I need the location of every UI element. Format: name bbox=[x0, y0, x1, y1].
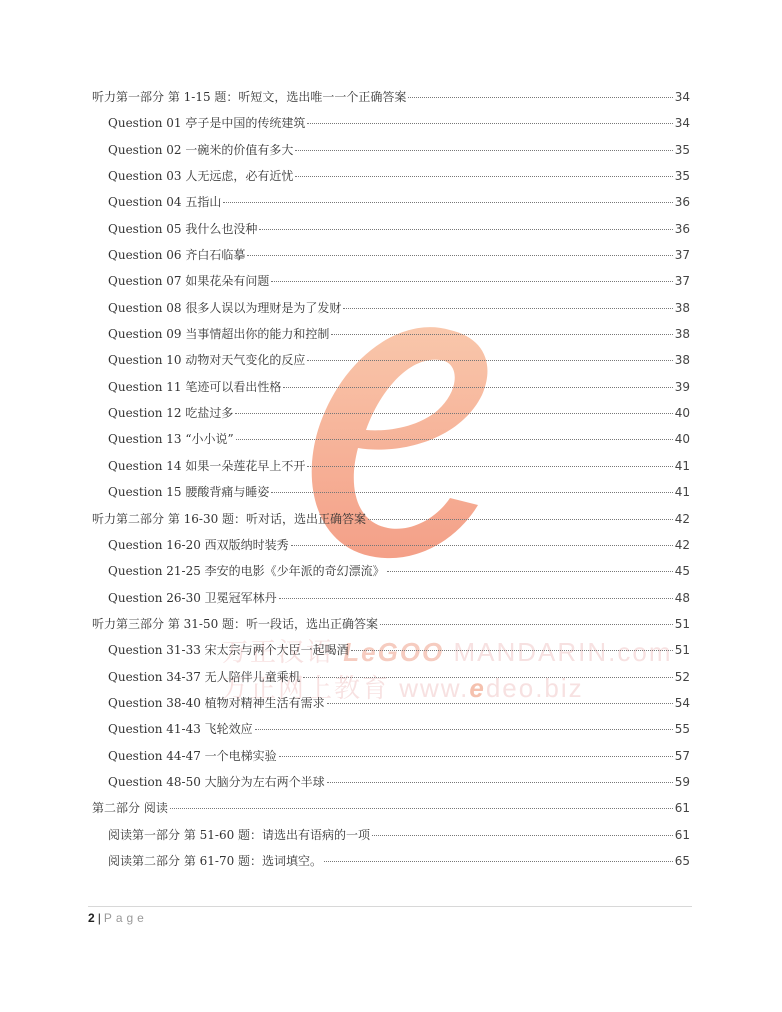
toc-page-number[interactable]: 51 bbox=[675, 617, 690, 631]
toc-page-number[interactable]: 42 bbox=[675, 512, 690, 526]
toc-subsection-entry[interactable]: Question 15 腰酸背痛与睡姿41 bbox=[92, 483, 690, 509]
toc-page-number[interactable]: 51 bbox=[675, 643, 690, 657]
toc-entry-label[interactable]: Question 21-25 李安的电影《少年派的奇幻漂流》 bbox=[108, 562, 385, 579]
toc-subsection-entry[interactable]: Question 10 动物对天气变化的反应38 bbox=[92, 351, 690, 377]
toc-subsection-entry[interactable]: Question 12 吃盐过多40 bbox=[92, 404, 690, 430]
toc-dot-leader bbox=[223, 202, 672, 203]
toc-entry-label[interactable]: Question 10 动物对天气变化的反应 bbox=[108, 351, 305, 368]
toc-page-number[interactable]: 40 bbox=[675, 406, 690, 420]
toc-page-number[interactable]: 34 bbox=[675, 90, 690, 104]
toc-dot-leader bbox=[235, 413, 672, 414]
toc-entry-label[interactable]: Question 09 当事情超出你的能力和控制 bbox=[108, 325, 329, 342]
toc-entry-label[interactable]: Question 26-30 卫冕冠军林丹 bbox=[108, 589, 277, 606]
toc-dot-leader bbox=[247, 255, 672, 256]
toc-dot-leader bbox=[408, 97, 672, 98]
toc-subsection-entry[interactable]: Question 21-25 李安的电影《少年派的奇幻漂流》45 bbox=[92, 562, 690, 588]
page-label: Page bbox=[104, 911, 148, 925]
toc-dot-leader bbox=[295, 150, 672, 151]
page-number: 2 bbox=[88, 911, 95, 925]
toc-page-number[interactable]: 41 bbox=[675, 459, 690, 473]
toc-entry-label[interactable]: Question 01 亭子是中国的传统建筑 bbox=[108, 114, 305, 131]
toc-dot-leader bbox=[343, 308, 672, 309]
toc-page-number[interactable]: 55 bbox=[675, 722, 690, 736]
toc-section-entry[interactable]: 听力第二部分 第 16-30 题：听对话，选出正确答案42 bbox=[92, 510, 690, 536]
toc-entry-label[interactable]: Question 13 “小小说” bbox=[108, 430, 234, 447]
toc-entry-label[interactable]: Question 41-43 飞轮效应 bbox=[108, 720, 253, 737]
toc-dot-leader bbox=[259, 229, 672, 230]
toc-dot-leader bbox=[295, 176, 672, 177]
toc-entry-label[interactable]: Question 48-50 大脑分为左右两个半球 bbox=[108, 773, 325, 790]
toc-entry-label[interactable]: Question 12 吃盐过多 bbox=[108, 404, 233, 421]
toc-subsection-entry[interactable]: Question 01 亭子是中国的传统建筑34 bbox=[92, 114, 690, 140]
toc-subsection-entry[interactable]: 阅读第一部分 第 51-60 题：请选出有语病的一项61 bbox=[92, 826, 690, 852]
toc-entry-label[interactable]: 听力第三部分 第 31-50 题：听一段话，选出正确答案 bbox=[92, 615, 378, 632]
toc-entry-label[interactable]: Question 08 很多人误以为理财是为了发财 bbox=[108, 299, 341, 316]
toc-subsection-entry[interactable]: Question 09 当事情超出你的能力和控制38 bbox=[92, 325, 690, 351]
toc-dot-leader bbox=[271, 492, 672, 493]
toc-entry-label[interactable]: 阅读第一部分 第 51-60 题：请选出有语病的一项 bbox=[108, 826, 370, 843]
toc-subsection-entry[interactable]: Question 16-20 西双版纳时装秀42 bbox=[92, 536, 690, 562]
toc-dot-leader bbox=[380, 624, 673, 625]
toc-page-number[interactable]: 36 bbox=[675, 195, 690, 209]
toc-page-number[interactable]: 34 bbox=[675, 116, 690, 130]
toc-dot-leader bbox=[279, 756, 673, 757]
toc-page-number[interactable]: 61 bbox=[675, 801, 690, 815]
toc-subsection-entry[interactable]: Question 31-33 宋太宗与两个大臣一起喝酒51 bbox=[92, 641, 690, 667]
page-footer: 2|Page bbox=[88, 911, 148, 925]
toc-page-number[interactable]: 36 bbox=[675, 222, 690, 236]
toc-subsection-entry[interactable]: Question 08 很多人误以为理财是为了发财38 bbox=[92, 299, 690, 325]
toc-page-number[interactable]: 42 bbox=[675, 538, 690, 552]
toc-entry-label[interactable]: Question 38-40 植物对精神生活有需求 bbox=[108, 694, 325, 711]
toc-page-number[interactable]: 57 bbox=[675, 749, 690, 763]
toc-dot-leader bbox=[271, 281, 672, 282]
toc-entry-label[interactable]: Question 05 我什么也没种 bbox=[108, 220, 257, 237]
toc-page-number[interactable]: 45 bbox=[675, 564, 690, 578]
toc-page-number[interactable]: 59 bbox=[675, 775, 690, 789]
toc-page-number[interactable]: 37 bbox=[675, 248, 690, 262]
toc-dot-leader bbox=[283, 387, 672, 388]
toc-dot-leader bbox=[368, 519, 673, 520]
toc-subsection-entry[interactable]: Question 34-37 无人陪伴儿童乘机52 bbox=[92, 668, 690, 694]
toc-entry-label[interactable]: Question 44-47 一个电梯实验 bbox=[108, 747, 277, 764]
toc-page-number[interactable]: 37 bbox=[675, 274, 690, 288]
toc-dot-leader bbox=[255, 729, 673, 730]
toc-dot-leader bbox=[372, 835, 673, 836]
toc-page-number[interactable]: 41 bbox=[675, 485, 690, 499]
toc-entry-label[interactable]: 阅读第二部分 第 61-70 题：选词填空。 bbox=[108, 852, 322, 869]
toc-entry-label[interactable]: Question 34-37 无人陪伴儿童乘机 bbox=[108, 668, 301, 685]
toc-dot-leader bbox=[279, 598, 673, 599]
toc-entry-label[interactable]: 第二部分 阅读 bbox=[92, 799, 168, 816]
toc-subsection-entry[interactable]: Question 03 人无远虑，必有近忧35 bbox=[92, 167, 690, 193]
toc-page-number[interactable]: 40 bbox=[675, 432, 690, 446]
toc-entry-label[interactable]: Question 16-20 西双版纳时装秀 bbox=[108, 536, 289, 553]
toc-entry-label[interactable]: Question 11 笔迹可以看出性格 bbox=[108, 378, 281, 395]
footer-separator: | bbox=[98, 911, 101, 925]
footer-divider bbox=[88, 906, 692, 907]
toc-section-entry[interactable]: 第二部分 阅读61 bbox=[92, 799, 690, 825]
toc-dot-leader bbox=[170, 808, 673, 809]
toc-subsection-entry[interactable]: Question 44-47 一个电梯实验57 bbox=[92, 747, 690, 773]
toc-page-number[interactable]: 38 bbox=[675, 301, 690, 315]
toc-entry-label[interactable]: Question 03 人无远虑，必有近忧 bbox=[108, 167, 293, 184]
toc-entry-label[interactable]: Question 06 齐白石临摹 bbox=[108, 246, 245, 263]
toc-dot-leader bbox=[324, 861, 673, 862]
toc-entry-label[interactable]: Question 04 五指山 bbox=[108, 193, 221, 210]
toc-page-number[interactable]: 39 bbox=[675, 380, 690, 394]
toc-subsection-entry[interactable]: Question 26-30 卫冕冠军林丹48 bbox=[92, 589, 690, 615]
toc-page-number[interactable]: 38 bbox=[675, 327, 690, 341]
toc-page-number[interactable]: 65 bbox=[675, 854, 690, 868]
toc-subsection-entry[interactable]: Question 13 “小小说”40 bbox=[92, 430, 690, 456]
toc-page-number[interactable]: 61 bbox=[675, 828, 690, 842]
toc-dot-leader bbox=[307, 123, 672, 124]
toc-page-number[interactable]: 48 bbox=[675, 591, 690, 605]
toc-dot-leader bbox=[327, 782, 673, 783]
toc-dot-leader bbox=[236, 439, 673, 440]
toc-dot-leader bbox=[327, 703, 673, 704]
toc-dot-leader bbox=[331, 334, 672, 335]
toc-page-number[interactable]: 35 bbox=[675, 169, 690, 183]
toc-entry-label[interactable]: Question 15 腰酸背痛与睡姿 bbox=[108, 483, 269, 500]
toc-subsection-entry[interactable]: Question 06 齐白石临摹37 bbox=[92, 246, 690, 272]
toc-subsection-entry[interactable]: Question 11 笔迹可以看出性格39 bbox=[92, 378, 690, 404]
toc-entry-label[interactable]: Question 07 如果花朵有问题 bbox=[108, 272, 269, 289]
toc-entry-label[interactable]: Question 31-33 宋太宗与两个大臣一起喝酒 bbox=[108, 641, 349, 658]
toc-dot-leader bbox=[303, 677, 673, 678]
table-of-contents: 听力第一部分 第 1-15 题：听短文，选出唯一一个正确答案34Question… bbox=[92, 88, 690, 878]
toc-entry-label[interactable]: 听力第一部分 第 1-15 题：听短文，选出唯一一个正确答案 bbox=[92, 88, 406, 105]
toc-page-number[interactable]: 54 bbox=[675, 696, 690, 710]
toc-subsection-entry[interactable]: Question 41-43 飞轮效应55 bbox=[92, 720, 690, 746]
toc-page-number[interactable]: 35 bbox=[675, 143, 690, 157]
toc-subsection-entry[interactable]: Question 38-40 植物对精神生活有需求54 bbox=[92, 694, 690, 720]
toc-page-number[interactable]: 38 bbox=[675, 353, 690, 367]
toc-page-number[interactable]: 52 bbox=[675, 670, 690, 684]
toc-subsection-entry[interactable]: Question 14 如果一朵莲花早上不开41 bbox=[92, 457, 690, 483]
toc-subsection-entry[interactable]: Question 05 我什么也没种36 bbox=[92, 220, 690, 246]
toc-dot-leader bbox=[387, 571, 673, 572]
toc-section-entry[interactable]: 听力第三部分 第 31-50 题：听一段话，选出正确答案51 bbox=[92, 615, 690, 641]
toc-subsection-entry[interactable]: Question 02 一碗米的价值有多大35 bbox=[92, 141, 690, 167]
toc-entry-label[interactable]: 听力第二部分 第 16-30 题：听对话，选出正确答案 bbox=[92, 510, 366, 527]
toc-entry-label[interactable]: Question 14 如果一朵莲花早上不开 bbox=[108, 457, 305, 474]
toc-subsection-entry[interactable]: Question 48-50 大脑分为左右两个半球59 bbox=[92, 773, 690, 799]
toc-dot-leader bbox=[307, 466, 672, 467]
toc-subsection-entry[interactable]: Question 07 如果花朵有问题37 bbox=[92, 272, 690, 298]
toc-dot-leader bbox=[291, 545, 673, 546]
toc-entry-label[interactable]: Question 02 一碗米的价值有多大 bbox=[108, 141, 293, 158]
toc-dot-leader bbox=[307, 360, 672, 361]
toc-dot-leader bbox=[351, 650, 673, 651]
toc-subsection-entry[interactable]: Question 04 五指山36 bbox=[92, 193, 690, 219]
toc-section-entry[interactable]: 听力第一部分 第 1-15 题：听短文，选出唯一一个正确答案34 bbox=[92, 88, 690, 114]
toc-subsection-entry[interactable]: 阅读第二部分 第 61-70 题：选词填空。65 bbox=[92, 852, 690, 878]
